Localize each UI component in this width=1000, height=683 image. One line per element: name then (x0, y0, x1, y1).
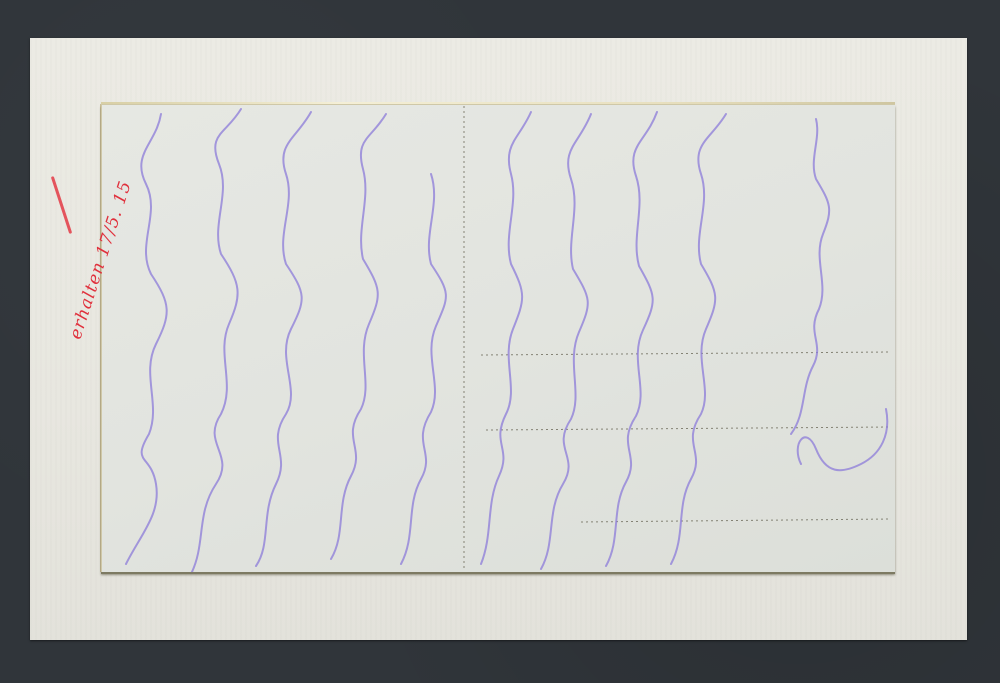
address-lines (464, 106, 891, 570)
handwritten-message (101, 104, 895, 572)
